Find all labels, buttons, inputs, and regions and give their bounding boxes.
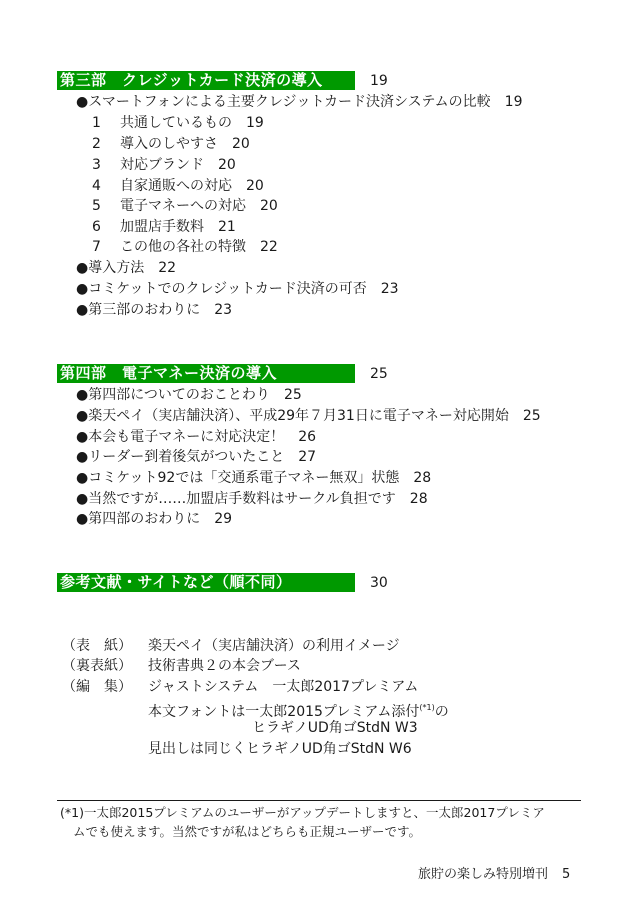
toc-entry[interactable]: 2導入のしやすさ20 — [92, 134, 250, 154]
toc-page: 25 — [284, 387, 302, 403]
toc-entry[interactable]: ●第四部についてのおことわり25 — [76, 385, 302, 405]
page-footer: 旅貯の楽しみ特別増刊5 — [418, 866, 570, 884]
credit-cover: （表 紙）楽天ペイ（実店舗決済）の利用イメージ — [62, 636, 400, 656]
toc-page: 23 — [381, 281, 399, 297]
toc-page: 27 — [298, 449, 316, 465]
toc-entry[interactable]: ●第四部のおわりに29 — [76, 509, 232, 529]
toc-page: 22 — [260, 239, 278, 255]
toc-entry[interactable]: ●スマートフォンによる主要クレジットカード決済システムの比較19 — [76, 92, 522, 112]
toc-page: 19 — [246, 115, 264, 131]
toc-page: 26 — [298, 429, 316, 445]
credit-back-cover: （裏表紙）技術書典２の本会ブース — [62, 656, 301, 676]
footnote: (*1)一太郎2015プレミアムのユーザーがアップデートしますと、一太郎2017… — [60, 803, 584, 841]
toc-page: 20 — [232, 136, 250, 152]
section-page-part4: 25 — [370, 365, 388, 384]
credit-font-line3: 見出しは同じくヒラギノUD角ゴStdN W6 — [148, 739, 412, 759]
toc-entry[interactable]: ●導入方法22 — [76, 258, 176, 278]
toc-page: 20 — [260, 198, 278, 214]
toc-entry[interactable]: ●楽天ペイ（実店舗決済）、平成29年７月31日に電子マネー対応開始25 — [76, 406, 541, 426]
toc-entry[interactable]: 3対応ブランド20 — [92, 155, 236, 175]
toc-entry[interactable]: ●コミケットでのクレジットカード決済の可否23 — [76, 279, 399, 299]
footnote-ref[interactable]: (*1) — [419, 703, 434, 712]
toc-entry[interactable]: ●本会も電子マネーに対応決定！26 — [76, 427, 316, 447]
credit-font-line2: ヒラギノUD角ゴStdN W3 — [252, 718, 418, 738]
toc-entry[interactable]: ●第三部のおわりに23 — [76, 300, 232, 320]
section-header-part4: 第四部 電子マネー決済の導入 — [57, 364, 355, 383]
toc-page: 29 — [214, 511, 232, 527]
toc-page: 23 — [214, 302, 232, 318]
toc-page: 25 — [523, 408, 541, 424]
toc-page: 28 — [413, 470, 431, 486]
toc-page: 21 — [218, 219, 236, 235]
page-number: 5 — [562, 867, 570, 882]
section-header-references: 参考文献・サイトなど（順不同） — [57, 573, 355, 592]
toc-entry[interactable]: 7この他の各社の特徴22 — [92, 237, 278, 257]
toc-page: 20 — [218, 157, 236, 173]
footnote-divider — [57, 800, 581, 801]
publication-title: 旅貯の楽しみ特別増刊 — [418, 867, 548, 882]
toc-entry[interactable]: ●コミケット92では「交通系電子マネー無双」状態28 — [76, 468, 431, 488]
credit-editing: （編 集）ジャストシステム 一太郎2017プレミアム — [62, 677, 418, 697]
toc-entry[interactable]: 1共通しているもの19 — [92, 113, 264, 133]
toc-entry[interactable]: ●リーダー到着後気がついたこと27 — [76, 447, 316, 467]
toc-page: 22 — [158, 260, 176, 276]
toc-entry[interactable]: ●当然ですが……加盟店手数料はサークル負担です28 — [76, 489, 428, 509]
toc-page: 20 — [246, 178, 264, 194]
toc-entry[interactable]: 5電子マネーへの対応20 — [92, 196, 278, 216]
toc-page: 28 — [410, 491, 428, 507]
section-header-part3: 第三部 クレジットカード決済の導入 — [57, 71, 355, 90]
section-page-part3: 19 — [370, 72, 388, 91]
toc-entry[interactable]: 6加盟店手数料21 — [92, 217, 236, 237]
toc-entry[interactable]: 4自家通販への対応20 — [92, 176, 264, 196]
section-page-references: 30 — [370, 574, 388, 593]
toc-page: 19 — [505, 94, 523, 110]
